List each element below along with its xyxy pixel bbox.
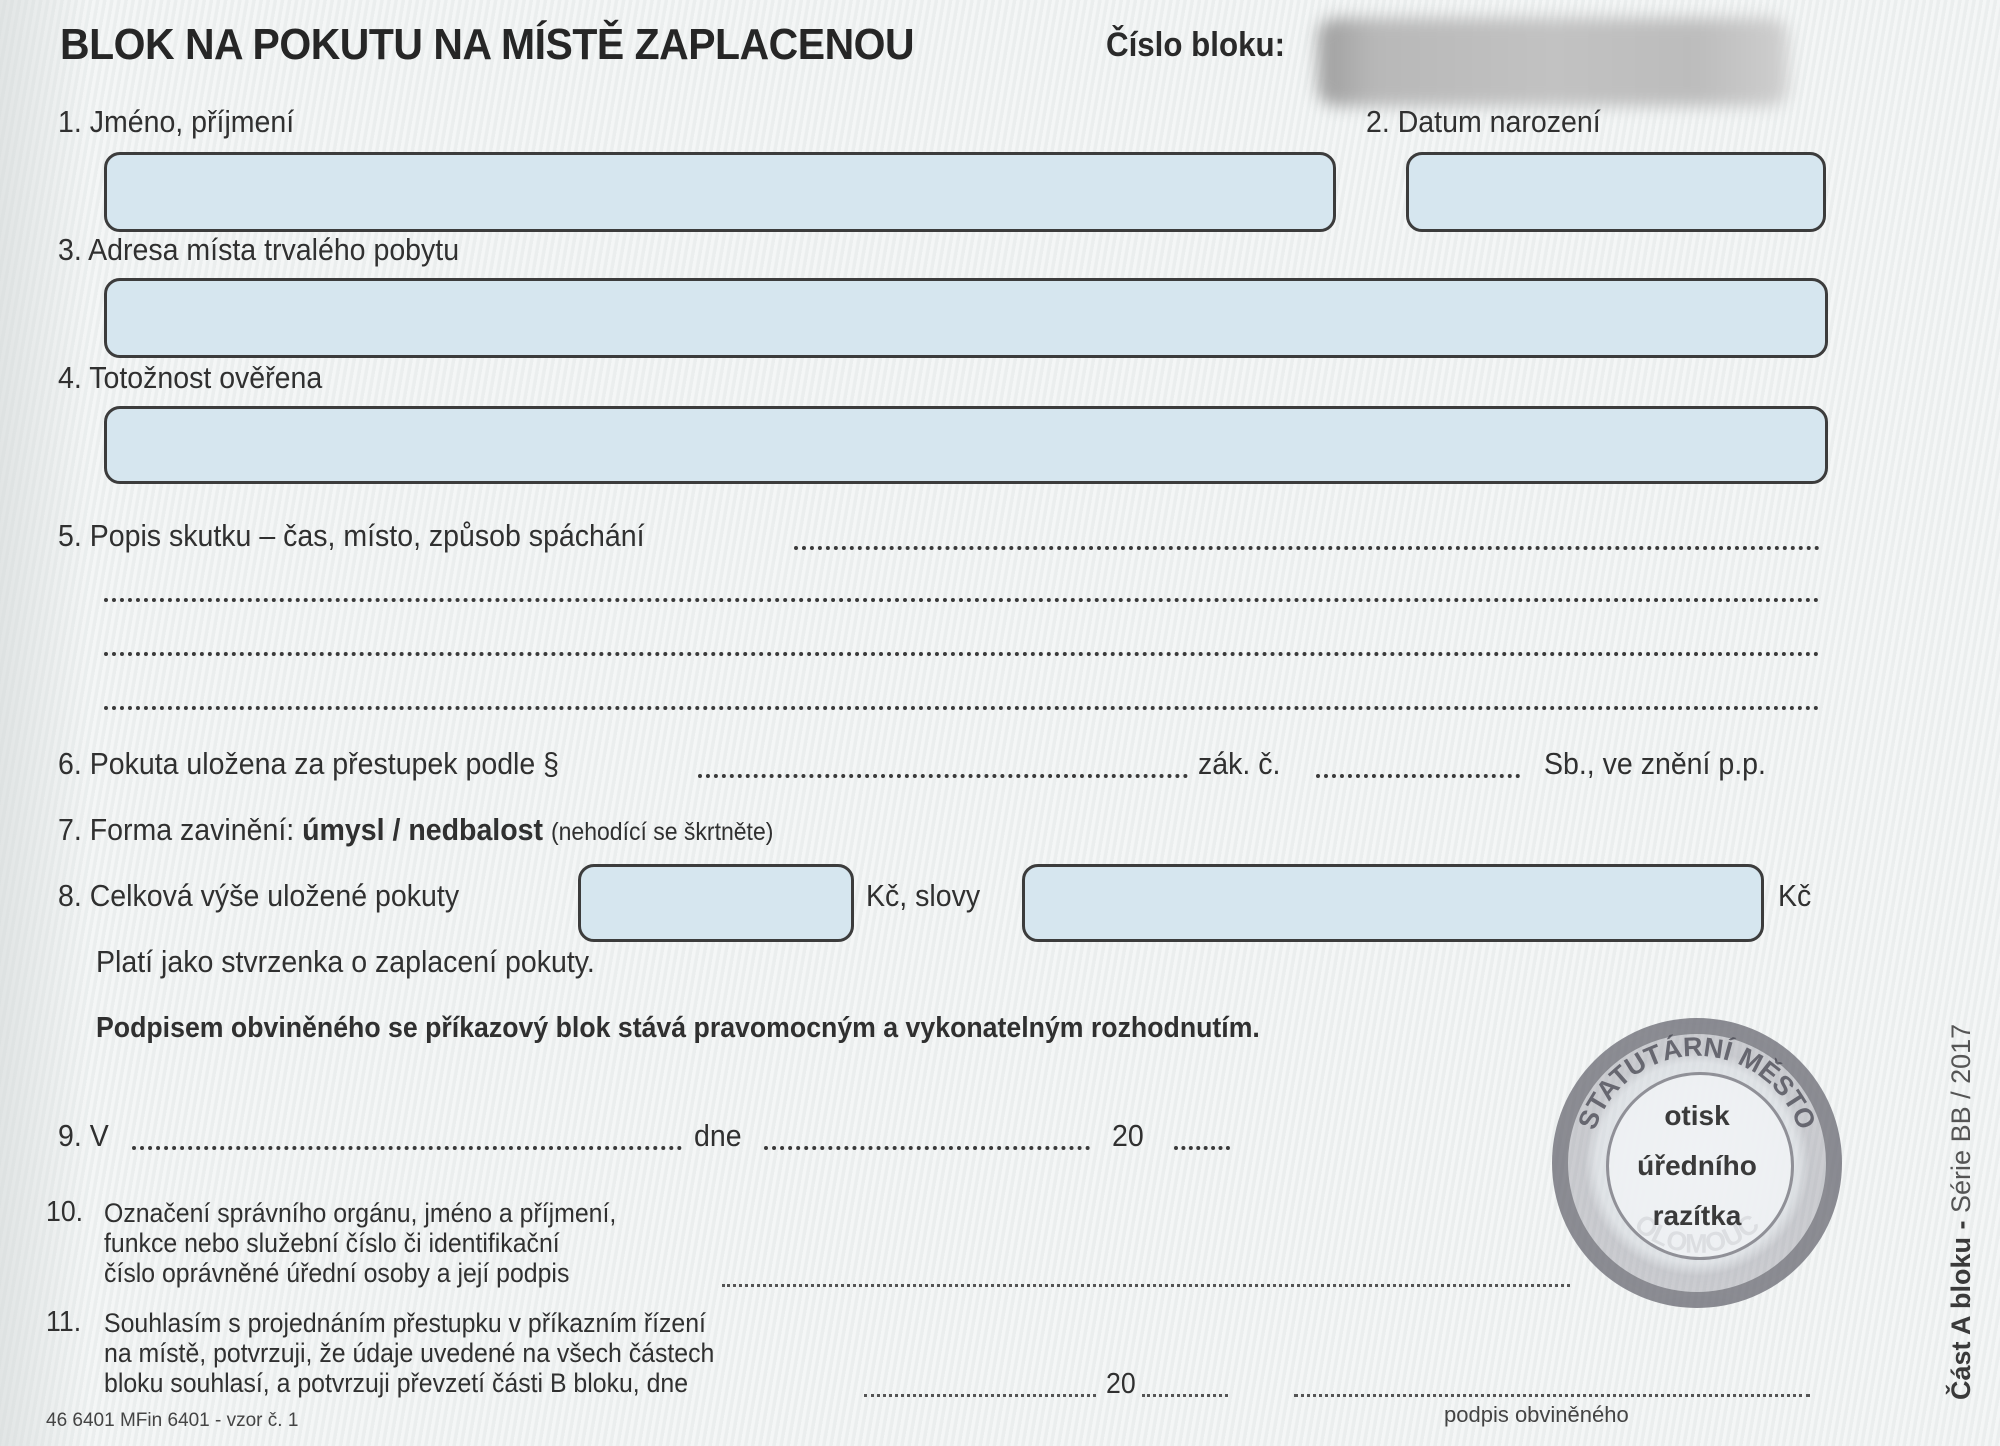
law-suffix-label: Sb., ve znění p.p.: [1544, 746, 1766, 782]
field-10-label: Označení správního orgánu, jméno a příjm…: [104, 1198, 616, 1288]
currency-words-label: Kč, slovy: [866, 878, 980, 914]
paragraph-input-line[interactable]: [698, 774, 1188, 778]
consent-date-input-line[interactable]: [864, 1394, 1096, 1397]
currency-label: Kč: [1778, 878, 1811, 914]
fault-form-prefix: 7. Forma zavinění:: [58, 812, 294, 847]
form-title: BLOK NA POKUTU NA MÍSTĚ ZAPLACENOU: [60, 20, 914, 70]
offender-signature-line[interactable]: [1294, 1394, 1810, 1397]
address-input[interactable]: [104, 278, 1828, 358]
field-10-number: 10.: [46, 1196, 83, 1229]
footer-form-code: 46 6401 MFin 6401 - vzor č. 1: [46, 1410, 298, 1432]
field-2-label: 2. Datum narození: [1366, 104, 1601, 140]
offense-description-line-1[interactable]: [794, 546, 1820, 550]
stamp-text-1: otisk: [1568, 1100, 1826, 1132]
field-11-label: Souhlasím s projednáním přestupku v přík…: [104, 1308, 714, 1398]
year-prefix: 20: [1112, 1118, 1144, 1154]
law-number-input-line[interactable]: [1316, 774, 1520, 778]
identity-verified-input[interactable]: [104, 406, 1828, 484]
place-input-line[interactable]: [132, 1146, 682, 1150]
date-label: dne: [694, 1118, 742, 1154]
field-6-label: 6. Pokuta uložena za přestupek podle §: [58, 746, 559, 782]
field-4-label: 4. Totožnost ověřena: [58, 360, 322, 396]
consent-year-input-line[interactable]: [1142, 1394, 1228, 1397]
offense-description-line-2[interactable]: [104, 598, 1820, 602]
law-number-label: zák. č.: [1198, 746, 1280, 782]
fault-form-options[interactable]: úmysl / nedbalost: [302, 812, 543, 847]
field-1-label: 1. Jméno, příjmení: [58, 104, 294, 140]
field-3-label: 3. Adresa místa trvalého pobytu: [58, 232, 459, 268]
stamp-text-3: razítka: [1568, 1200, 1826, 1232]
name-input[interactable]: [104, 152, 1336, 232]
fine-amount-words-input[interactable]: [1022, 864, 1764, 942]
year-input-line[interactable]: [1174, 1146, 1230, 1150]
field-11-number: 11.: [46, 1306, 81, 1339]
field-8-label: 8. Celková výše uložené pokuty: [58, 878, 459, 914]
offense-description-line-3[interactable]: [104, 652, 1820, 656]
field-9-label: 9. V: [58, 1118, 109, 1154]
block-number-label: Číslo bloku:: [1106, 26, 1285, 65]
consent-year-prefix: 20: [1106, 1368, 1136, 1401]
fine-amount-input[interactable]: [578, 864, 854, 942]
block-number-redacted: [1318, 18, 1788, 106]
fault-form-note: (nehodící se škrtněte): [551, 818, 773, 846]
date-input-line[interactable]: [764, 1146, 1090, 1150]
receipt-note: Platí jako stvrzenka o zaplacení pokuty.: [96, 944, 595, 980]
offense-description-line-4[interactable]: [104, 706, 1820, 710]
signature-label: podpis obviněného: [1444, 1402, 1629, 1428]
field-7-label: 7. Forma zavinění: úmysl / nedbalost (ne…: [58, 812, 773, 848]
official-stamp: STATUTÁRNÍ MĚSTO OLOMOUC otisk úředního …: [1552, 1018, 1842, 1308]
stamp-text-2: úředního: [1568, 1150, 1826, 1182]
birthdate-input[interactable]: [1406, 152, 1826, 232]
legal-note: Podpisem obviněného se příkazový blok st…: [96, 1012, 1260, 1045]
official-signature-line[interactable]: [722, 1284, 1570, 1287]
field-5-label: 5. Popis skutku – čas, místo, způsob spá…: [58, 518, 645, 554]
side-series-label: Část A bloku - Série BB / 2017: [1946, 1024, 1977, 1400]
